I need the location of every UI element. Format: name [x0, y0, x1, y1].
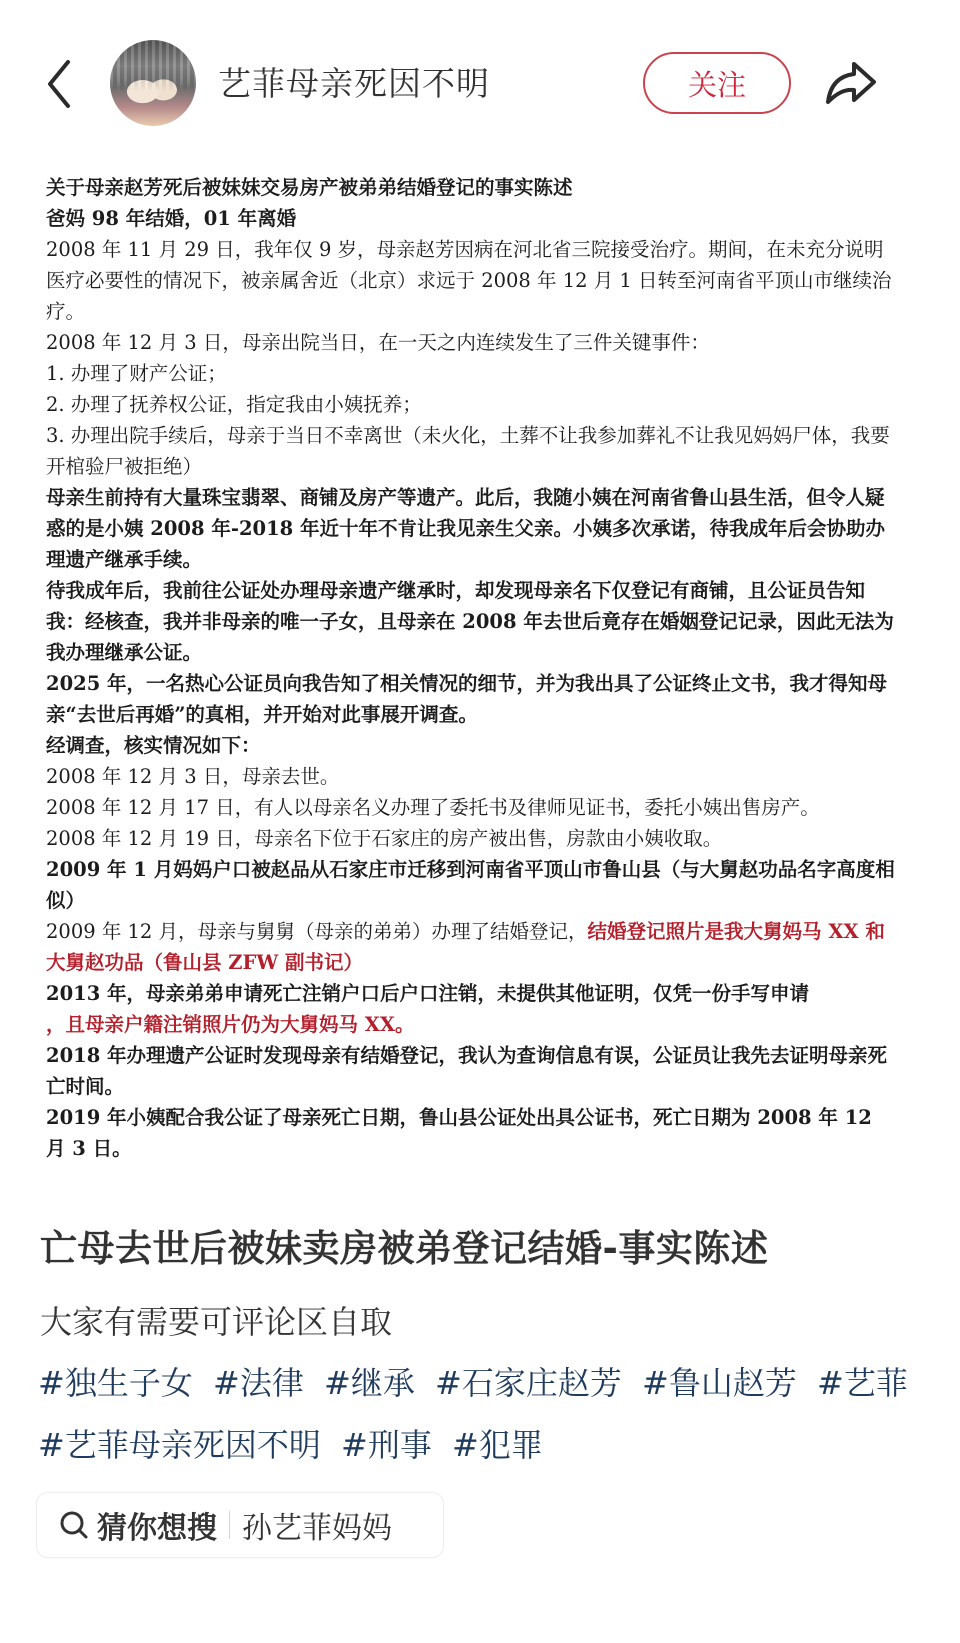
divider [229, 1511, 230, 1539]
search-suggestion[interactable]: 猜你想搜 孙艺菲妈妈 [36, 1492, 444, 1558]
document-paragraph: 1. 办理了财产公证； [46, 358, 896, 389]
document-paragraph: 爸妈 98 年结婚，01 年离婚 [46, 203, 896, 234]
hashtag[interactable]: #艺菲母亲死因不明 [38, 1426, 321, 1464]
search-icon [59, 1510, 89, 1540]
document-paragraph: 2018 年办理遗产公证时发现母亲有结婚登记，我认为查询信息有误，公证员让我先去… [46, 1040, 896, 1102]
document-paragraph-marriage: 2009 年 12 月，母亲与舅舅（母亲的弟弟）办理了结婚登记，结婚登记照片是我… [46, 916, 896, 978]
cancel-highlight: ，且母亲户籍注销照片仍为大舅妈马 XX。 [46, 1013, 415, 1036]
account-name[interactable]: 艺菲母亲死因不明 [218, 58, 490, 105]
document-paragraph: 2. 办理了抚养权公证，指定我由小姨抚养； [46, 389, 896, 420]
search-suggestion-term: 孙艺菲妈妈 [242, 1503, 392, 1547]
top-bar: 艺菲母亲死因不明 关注 [0, 0, 960, 170]
hashtag[interactable]: #法律 [213, 1364, 304, 1402]
follow-button[interactable]: 关注 [643, 52, 791, 114]
document-paragraph: 2008 年 12 月 3 日，母亲出院当日，在一天之内连续发生了三件关键事件： [46, 327, 896, 358]
chevron-left-icon [40, 56, 80, 112]
hashtag[interactable]: #犯罪 [452, 1426, 543, 1464]
document-paragraph: 2008 年 12 月 3 日，母亲去世。 [46, 761, 896, 792]
document-paragraph: 2008 年 12 月 19 日，母亲名下位于石家庄的房产被出售，房款由小姨收取… [46, 823, 896, 854]
back-button[interactable] [40, 56, 80, 112]
document-tail: 2018 年办理遗产公证时发现母亲有结婚登记，我认为查询信息有误，公证员让我先去… [46, 1040, 896, 1164]
avatar[interactable] [110, 40, 196, 126]
share-button[interactable] [822, 56, 878, 108]
document-paragraph: 2025 年，一名热心公证员向我告知了相关情况的细节，并为我出具了公证终止文书，… [46, 668, 896, 730]
document-image: 关于母亲赵芳死后被妹妹交易房产被弟弟结婚登记的事实陈述 爸妈 98 年结婚，01… [46, 172, 896, 1164]
hashtag-list: #独生子女 #法律 #继承 #石家庄赵芳 #鲁山赵芳 #艺菲 #艺菲母亲死因不明… [38, 1352, 918, 1476]
hashtag[interactable]: #继承 [324, 1364, 415, 1402]
post-title: 亡母去世后被妹卖房被弟登记结婚-事实陈述 [40, 1218, 768, 1272]
document-paragraph: 2019 年小姨配合我公证了母亲死亡日期，鲁山县公证处出具公证书，死亡日期为 2… [46, 1102, 896, 1164]
document-body: 爸妈 98 年结婚，01 年离婚2008 年 11 月 29 日，我年仅 9 岁… [46, 203, 896, 916]
hashtag[interactable]: #艺菲 [817, 1364, 908, 1402]
document-paragraph: 2009 年 1 月妈妈户口被赵品从石家庄市迁移到河南省平顶山市鲁山县（与大舅赵… [46, 854, 896, 916]
hashtag[interactable]: #鲁山赵芳 [642, 1364, 797, 1402]
document-paragraph: 2008 年 11 月 29 日，我年仅 9 岁，母亲赵芳因病在河北省三院接受治… [46, 234, 896, 327]
hashtag[interactable]: #独生子女 [38, 1364, 193, 1402]
document-paragraph: 待我成年后，我前往公证处办理母亲遗产继承时，却发现母亲名下仅登记有商铺，且公证员… [46, 575, 896, 668]
search-suggestion-label: 猜你想搜 [97, 1503, 217, 1547]
document-paragraph: 经调查，核实情况如下： [46, 730, 896, 761]
hashtag[interactable]: #刑事 [341, 1426, 432, 1464]
cancel-text: 2013 年，母亲弟弟申请死亡注销户口后户口注销，未提供其他证明，仅凭一份手写申… [46, 982, 809, 1005]
post-description: 大家有需要可评论区自取 [40, 1297, 392, 1343]
marriage-text: 2009 年 12 月，母亲与舅舅（母亲的弟弟）办理了结婚登记， [46, 920, 588, 943]
share-icon [822, 56, 878, 108]
document-paragraph-cancel: 2013 年，母亲弟弟申请死亡注销户口后户口注销，未提供其他证明，仅凭一份手写申… [46, 978, 896, 1040]
hashtag[interactable]: #石家庄赵芳 [435, 1364, 622, 1402]
document-paragraph: 2008 年 12 月 17 日，有人以母亲名义办理了委托书及律师见证书，委托小… [46, 792, 896, 823]
document-title: 关于母亲赵芳死后被妹妹交易房产被弟弟结婚登记的事实陈述 [46, 172, 896, 203]
document-paragraph: 母亲生前持有大量珠宝翡翠、商铺及房产等遗产。此后，我随小姨在河南省鲁山县生活，但… [46, 482, 896, 575]
document-paragraph: 3. 办理出院手续后，母亲于当日不幸离世（未火化，土葬不让我参加葬礼不让我见妈妈… [46, 420, 896, 482]
